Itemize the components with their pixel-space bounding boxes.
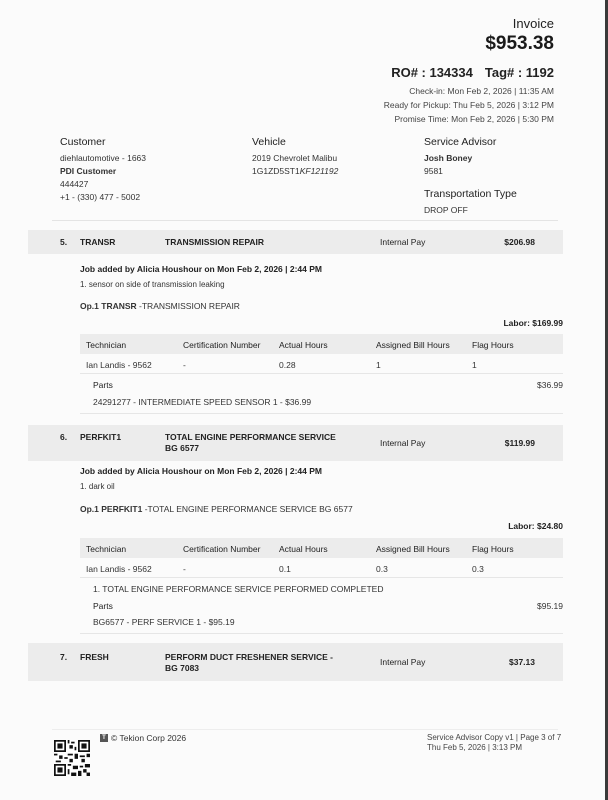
service-advisor-label: Service Advisor	[424, 136, 517, 148]
col-flag-hours: Flag Hours	[472, 544, 514, 554]
invoice-total: $953.38	[384, 33, 554, 55]
vin-suffix: KF121192	[300, 166, 339, 176]
promise-time: Promise Time: Mon Feb 2, 2026 | 5:30 PM	[384, 112, 554, 126]
labor-total: Labor: $169.99	[503, 318, 563, 328]
part-line: 24291277 - INTERMEDIATE SPEED SENSOR 1 -…	[93, 397, 311, 407]
printed-timestamp: Thu Feb 5, 2026 | 3:13 PM	[427, 743, 561, 753]
footer-copyright: T © Tekion Corp 2026	[100, 733, 186, 743]
transportation-label: Transportation Type	[424, 188, 517, 200]
info-block: Customer diehlautomotive - 1663 PDI Cust…	[60, 136, 568, 216]
col-actual-hours: Actual Hours	[279, 340, 328, 350]
service-advisor-section: Service Advisor Josh Boney 9581 Transpor…	[424, 136, 517, 217]
parts-total: $95.19	[537, 601, 563, 611]
op-description: -TOTAL ENGINE PERFORMANCE SERVICE BG 657…	[142, 504, 352, 514]
job-number: 5.	[60, 237, 67, 247]
parts-divider	[80, 413, 563, 414]
technician-table: Technician Certification Number Actual H…	[80, 334, 563, 374]
technician-name: Ian Landis - 9562	[86, 564, 152, 574]
job-number: 6.	[60, 432, 67, 442]
job-added-by: Job added by Alicia Houshour on Mon Feb …	[80, 466, 322, 476]
tag-number: Tag# : 1192	[485, 65, 554, 80]
job-description: PERFORM DUCT FRESHENER SERVICE - BG 7083	[165, 652, 340, 674]
col-assigned-hours: Assigned Bill Hours	[376, 544, 450, 554]
parts-divider	[80, 633, 563, 634]
vin-prefix: 1G1ZD5ST1	[252, 166, 300, 176]
service-advisor-name: Josh Boney	[424, 152, 517, 165]
footer-page-info: Service Advisor Copy v1 | Page 3 of 7 Th…	[427, 733, 561, 753]
tekion-logo-icon: T	[100, 734, 108, 742]
job-pay-type: Internal Pay	[380, 438, 425, 448]
vehicle-label: Vehicle	[252, 136, 338, 148]
assigned-hours: 0.3	[376, 564, 388, 574]
col-technician: Technician	[86, 340, 126, 350]
job-description: TRANSMISSION REPAIR	[165, 237, 340, 248]
vehicle-vin: 1G1ZD5ST1KF121192	[252, 165, 338, 178]
footer-divider	[52, 729, 558, 730]
ro-tag-line: RO# : 134334Tag# : 1192	[384, 65, 554, 80]
job-header: 7. FRESH PERFORM DUCT FRESHENER SERVICE …	[28, 643, 563, 681]
parts-label: Parts	[93, 601, 113, 611]
vehicle-section: Vehicle 2019 Chevrolet Malibu 1G1ZD5ST1K…	[252, 136, 338, 178]
job-pay-type: Internal Pay	[380, 657, 425, 667]
parts-total: $36.99	[537, 380, 563, 390]
job-concern: 1. sensor on side of transmission leakin…	[80, 280, 225, 289]
copy-page-info: Service Advisor Copy v1 | Page 3 of 7	[427, 733, 561, 743]
invoice-header: Invoice $953.38 RO# : 134334Tag# : 1192 …	[384, 16, 554, 126]
customer-label: Customer	[60, 136, 146, 148]
op-code: Op.1 PERFKIT1	[80, 504, 142, 514]
certification-number: -	[183, 564, 186, 574]
part-line: BG6577 - PERF SERVICE 1 - $95.19	[93, 617, 235, 627]
vehicle-description: 2019 Chevrolet Malibu	[252, 152, 338, 165]
col-technician: Technician	[86, 544, 126, 554]
col-certification: Certification Number	[183, 544, 260, 554]
transportation-value: DROP OFF	[424, 204, 517, 217]
job-concern: 1. dark oil	[80, 482, 115, 491]
job-amount: $206.98	[504, 237, 535, 247]
col-actual-hours: Actual Hours	[279, 544, 328, 554]
job-amount: $37.13	[509, 657, 535, 667]
customer-name: PDI Customer	[60, 165, 146, 178]
job-code: PERFKIT1	[80, 432, 121, 442]
job-code: TRANSR	[80, 237, 115, 247]
table-row: Ian Landis - 9562 - 0.1 0.3 0.3	[80, 558, 563, 578]
actual-hours: 0.28	[279, 360, 296, 370]
service-advisor-id: 9581	[424, 165, 517, 178]
table-row: Ian Landis - 9562 - 0.28 1 1	[80, 354, 563, 374]
qr-code-icon	[54, 740, 90, 776]
job-amount: $119.99	[505, 438, 535, 448]
job-code: FRESH	[80, 652, 109, 662]
parts-label: Parts	[93, 380, 113, 390]
op-code: Op.1 TRANSR	[80, 301, 137, 311]
flag-hours: 1	[472, 360, 477, 370]
assigned-hours: 1	[376, 360, 381, 370]
copyright-text: © Tekion Corp 2026	[111, 733, 186, 743]
customer-phone: +1 - (330) 477 - 5002	[60, 191, 146, 204]
technician-table: Technician Certification Number Actual H…	[80, 538, 563, 578]
certification-number: -	[183, 360, 186, 370]
flag-hours: 0.3	[472, 564, 484, 574]
customer-id: 444427	[60, 178, 146, 191]
invoice-label: Invoice	[384, 16, 554, 31]
tech-story: 1. TOTAL ENGINE PERFORMANCE SERVICE PERF…	[93, 584, 383, 594]
labor-total: Labor: $24.80	[508, 521, 563, 531]
customer-account: diehlautomotive - 1663	[60, 152, 146, 165]
ready-for-pickup-time: Ready for Pickup: Thu Feb 5, 2026 | 3:12…	[384, 98, 554, 112]
actual-hours: 0.1	[279, 564, 291, 574]
job-pay-type: Internal Pay	[380, 237, 425, 247]
job-added-by: Job added by Alicia Houshour on Mon Feb …	[80, 264, 322, 274]
job-header: 6. PERFKIT1 TOTAL ENGINE PERFORMANCE SER…	[28, 425, 563, 461]
customer-section: Customer diehlautomotive - 1663 PDI Cust…	[60, 136, 146, 204]
job-number: 7.	[60, 652, 67, 662]
technician-table-header: Technician Certification Number Actual H…	[80, 334, 563, 354]
check-in-time: Check-in: Mon Feb 2, 2026 | 11:35 AM	[384, 84, 554, 98]
technician-name: Ian Landis - 9562	[86, 360, 152, 370]
job-header: 5. TRANSR TRANSMISSION REPAIR Internal P…	[28, 230, 563, 254]
col-flag-hours: Flag Hours	[472, 340, 514, 350]
col-assigned-hours: Assigned Bill Hours	[376, 340, 450, 350]
op-description: -TRANSMISSION REPAIR	[137, 301, 240, 311]
col-certification: Certification Number	[183, 340, 260, 350]
operation-line: Op.1 PERFKIT1 -TOTAL ENGINE PERFORMANCE …	[80, 504, 353, 514]
job-description: TOTAL ENGINE PERFORMANCE SERVICE BG 6577	[165, 432, 340, 454]
ro-number: RO# : 134334	[391, 65, 473, 80]
section-divider	[52, 220, 558, 221]
operation-line: Op.1 TRANSR -TRANSMISSION REPAIR	[80, 301, 240, 311]
technician-table-header: Technician Certification Number Actual H…	[80, 538, 563, 558]
